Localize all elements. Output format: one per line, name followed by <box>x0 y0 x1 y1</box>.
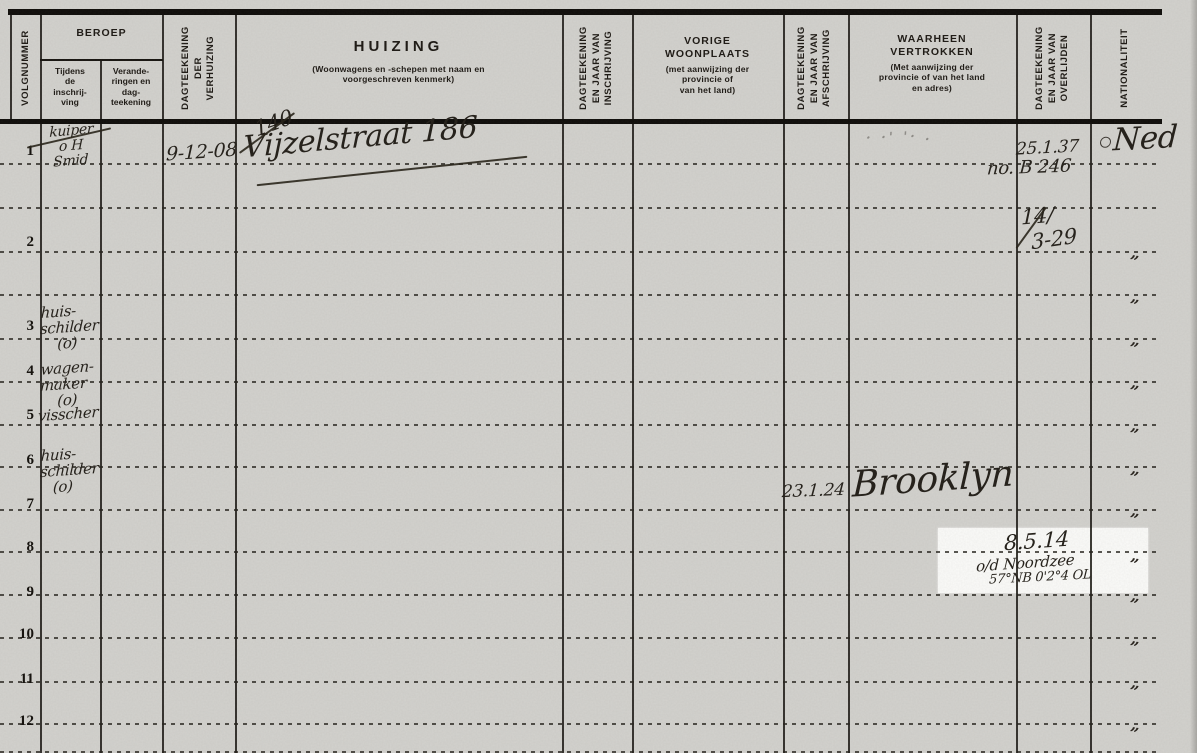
beroep-row4: wagen- maker (o) <box>39 358 94 411</box>
row-number-2: 2 <box>8 234 34 251</box>
scan-edge-shadow <box>1190 0 1197 753</box>
row-number-5: 5 <box>8 407 34 424</box>
row-number-8: 8 <box>8 539 34 556</box>
beroep-row3: huis- schilder (o) <box>39 301 99 354</box>
table-vertical-rule <box>848 14 850 753</box>
row-number-7: 7 <box>8 496 34 513</box>
row-number-12: 12 <box>8 713 34 730</box>
waarheen-subtitle: (Met aanwijzing der provincie of van het… <box>848 62 1016 93</box>
table-dotted-rule <box>0 637 1158 639</box>
col-inschrijving-label: DAGTEEKENING EN JAAR VAN INSCHRIJVING <box>562 16 632 120</box>
faint-pencil-marks: · ·' '· . <box>866 130 934 146</box>
table-vertical-rule <box>1016 14 1018 753</box>
nationality-ditto-mark: „ <box>1130 286 1142 306</box>
nationality-ditto-mark: „ <box>1130 242 1142 262</box>
col-huizing-label: HUIZING <box>235 38 562 55</box>
nationality-ditto-mark: „ <box>1130 740 1142 753</box>
nationality-ditto-mark: „ <box>1130 714 1142 734</box>
table-dotted-rule <box>0 424 1158 426</box>
col-waarheen-label: WAARHEEN VERTROKKEN <box>848 33 1016 59</box>
col-verhuizing-label: DAGTEEKENING DER VERHUIZING <box>163 16 235 120</box>
table-dotted-rule <box>0 381 1158 383</box>
table-vertical-rule <box>783 14 785 753</box>
table-dotted-rule <box>0 594 1158 596</box>
nationality-ditto-mark: „ <box>1130 585 1142 605</box>
afschrijving-date-row7: 23.1.24 <box>781 481 845 502</box>
waarheen-row7: Brooklyn <box>852 455 1014 505</box>
beroep-row6: huis- schilder (o) <box>39 444 99 497</box>
row-number-10: 10 <box>8 626 34 643</box>
table-dotted-rule <box>0 294 1158 296</box>
table-dotted-rule <box>0 681 1158 683</box>
population-register-scan: VOLGNUMMER DAGTEEKENING DER VERHUIZING D… <box>0 0 1197 753</box>
table-dotted-rule <box>0 338 1158 340</box>
row-number-3: 3 <box>8 318 34 335</box>
row-number-11: 11 <box>8 671 34 688</box>
col-overlijden-label: DAGTEEKENING EN JAAR VAN OVERLIJDEN <box>1017 16 1089 120</box>
nationality-ditto-mark: „ <box>1130 672 1142 692</box>
beroep-sub-right-label: Verande- ringen en dag- teekening <box>100 66 162 108</box>
table-vertical-rule <box>632 14 634 753</box>
huizing-subtitle: (Woonwagens en -schepen met naam en voor… <box>235 64 562 85</box>
nationality-ditto-mark: „ <box>1130 458 1142 478</box>
table-vertical-rule <box>562 14 564 753</box>
vorige-subtitle: (met aanwijzing der provincie of van het… <box>632 64 783 95</box>
col-vorige-label: VORIGE WOONPLAATS <box>632 35 783 61</box>
nationality-ditto-mark: „ <box>1130 628 1142 648</box>
beroep-row1: kuiper o H Smid <box>40 121 103 172</box>
nationality-ditto-mark: „ <box>1130 372 1142 392</box>
register-ref-row1: no. B 246 <box>986 157 1071 179</box>
nationality-ditto-mark: „ <box>1130 415 1142 435</box>
row-number-4: 4 <box>8 363 34 380</box>
nationality-ditto-mark: „ <box>1130 500 1142 520</box>
table-dotted-rule <box>0 251 1158 253</box>
col-beroep-label: BEROEP <box>40 27 163 40</box>
col-volgnummer-label: VOLGNUMMER <box>11 18 41 118</box>
table-vertical-rule <box>235 14 237 753</box>
col-nationaliteit-label: NATIONALITEIT <box>1090 15 1160 121</box>
table-dotted-rule <box>0 509 1158 511</box>
table-vertical-rule <box>1090 14 1092 753</box>
beroep-sub-left-label: Tijdens de inschrij- ving <box>40 66 100 108</box>
col-afschrijving-label: DAGTEEKENING EN JAAR VAN AFSCHRIJVING <box>783 16 847 120</box>
table-dotted-rule <box>0 207 1158 209</box>
header-top-border <box>8 9 1162 15</box>
table-dotted-rule <box>0 551 1158 553</box>
verhuizing-date-row1: 9-12-08 <box>166 139 238 165</box>
table-vertical-rule <box>162 14 164 753</box>
row-number-6: 6 <box>8 452 34 469</box>
nationality-row1: Ned <box>1099 121 1178 159</box>
beroep-row5: visscher <box>38 404 99 424</box>
nationality-ditto-mark: „ <box>1130 329 1142 349</box>
overlijden-row2-line2: 3-29 <box>1031 225 1077 254</box>
table-dotted-rule <box>0 723 1158 725</box>
row-number-9: 9 <box>8 584 34 601</box>
